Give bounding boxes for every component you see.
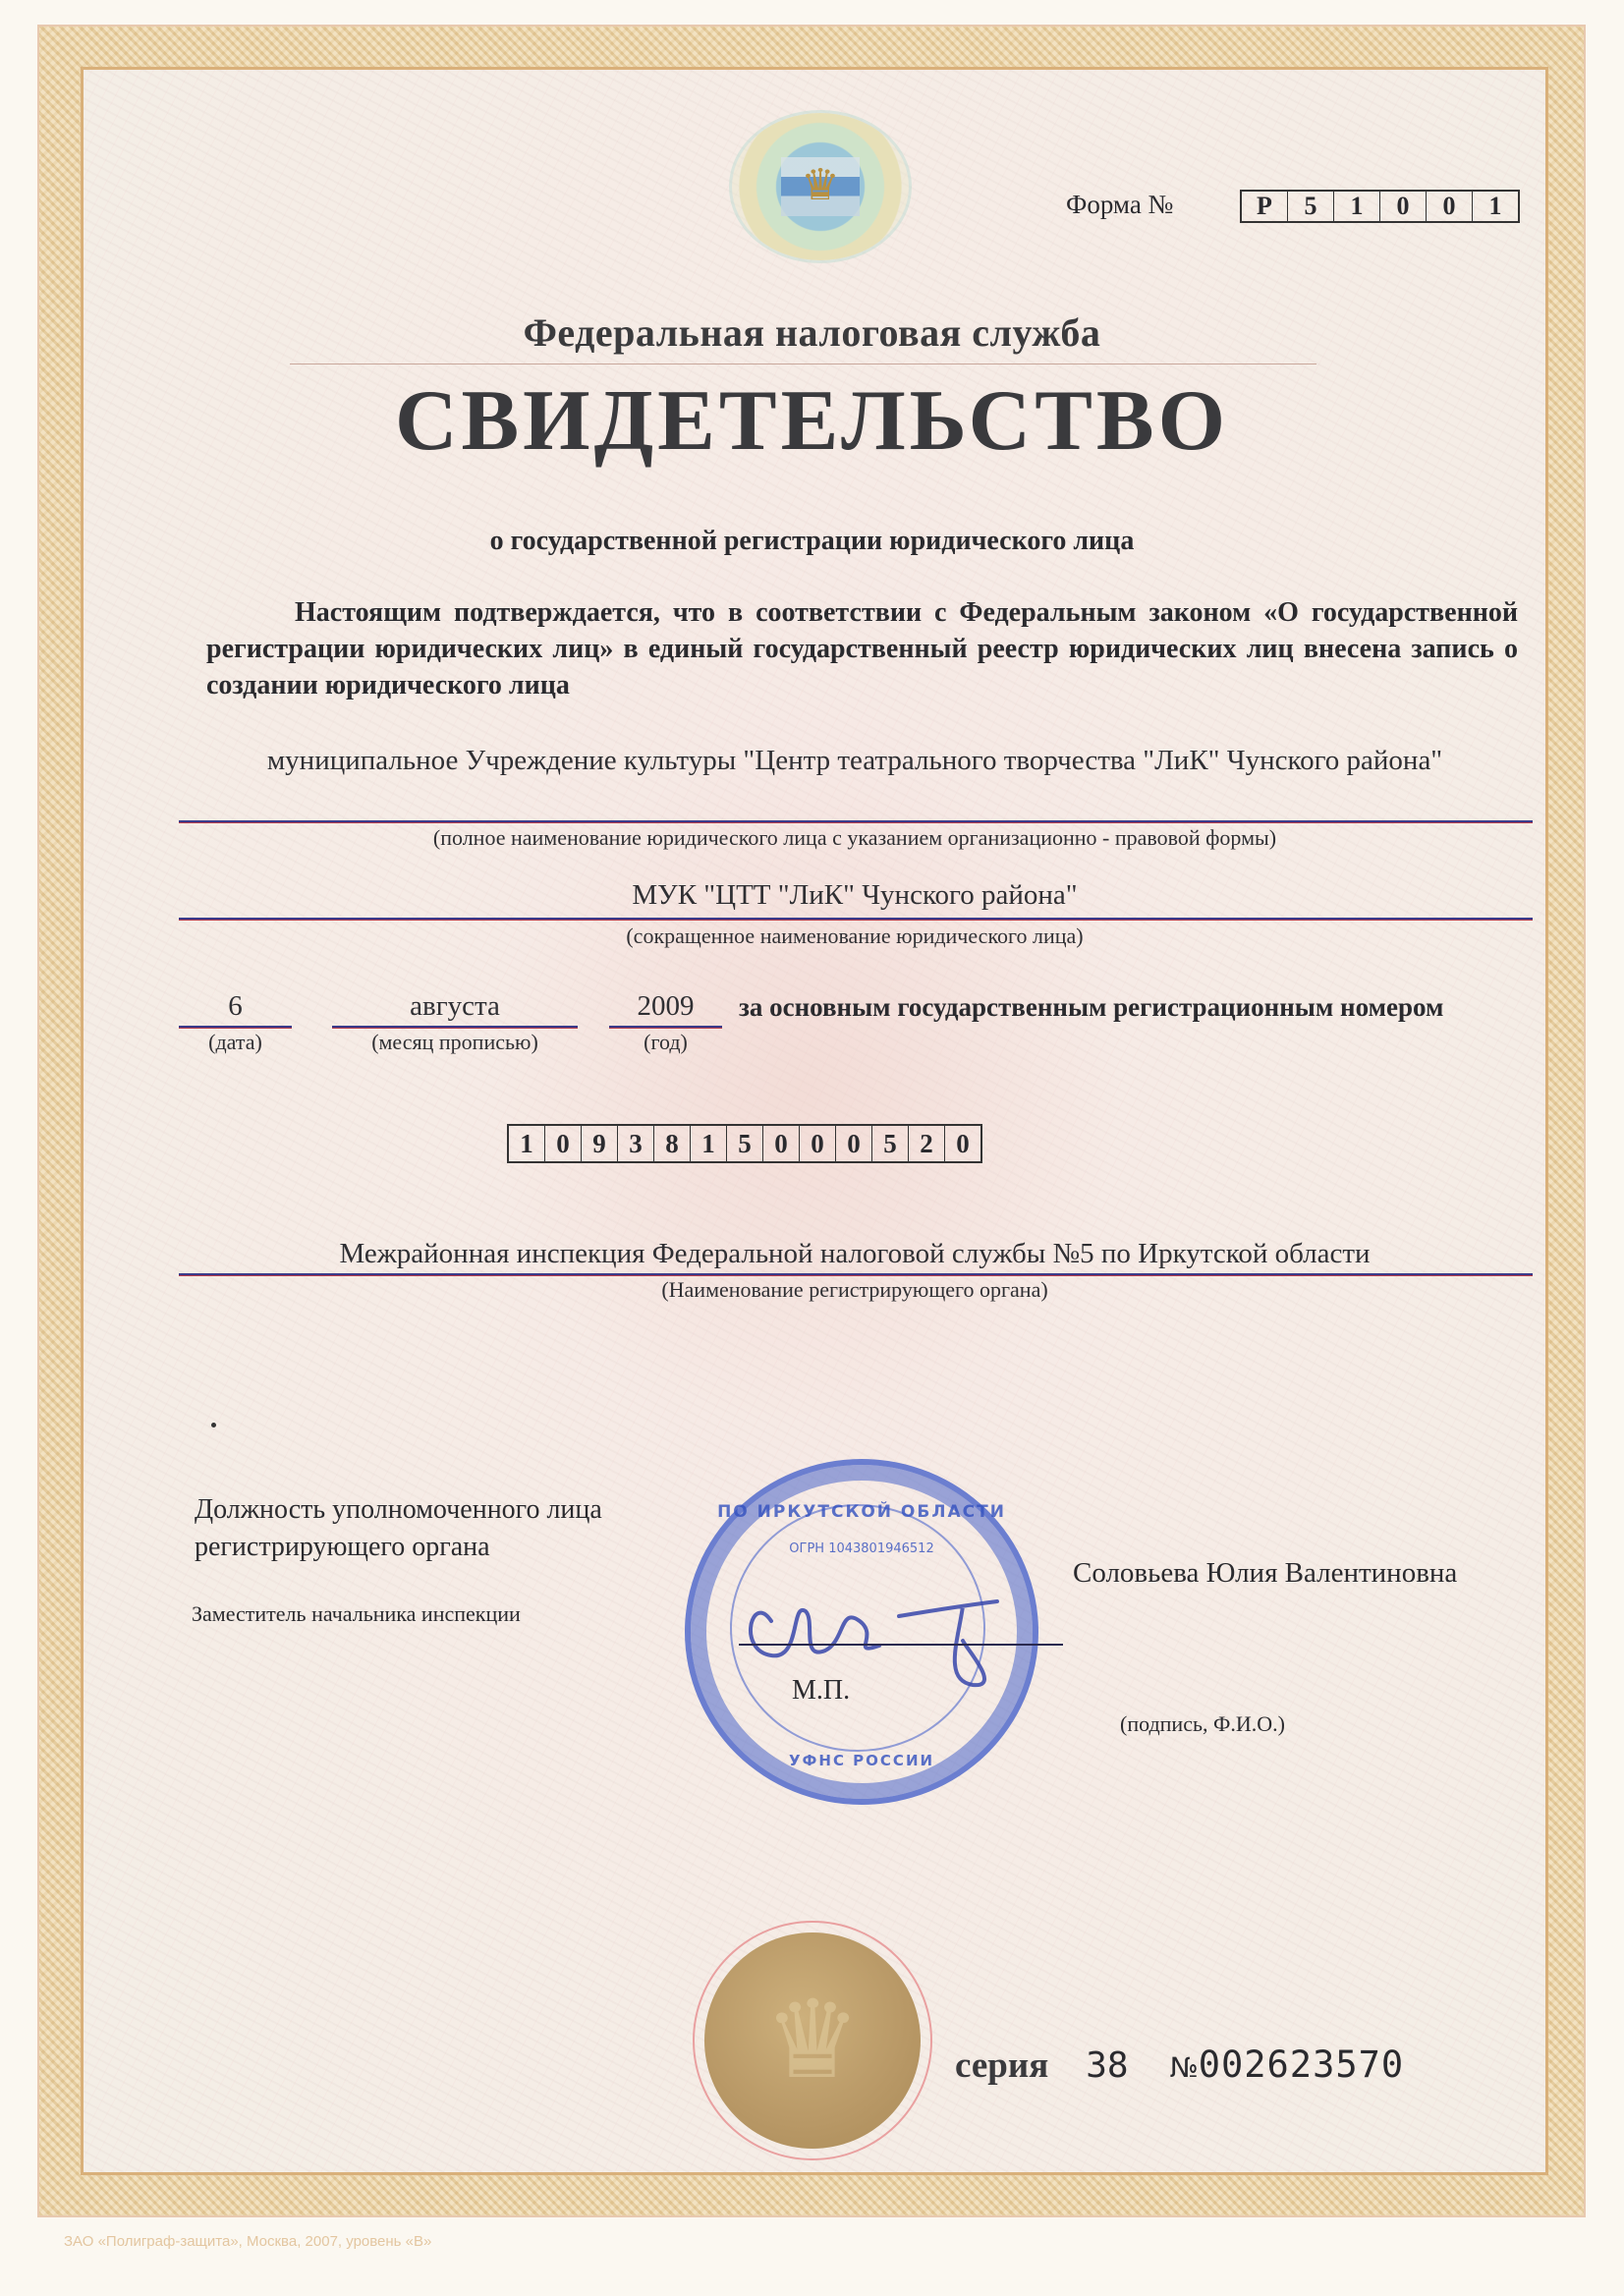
- blank-number: 002623570: [1199, 2044, 1404, 2086]
- stamp-ogrn-text: ОГРН 1043801946512: [691, 1541, 1033, 1556]
- stamp-top-text: ПО ИРКУТСКОЙ ОБЛАСТИ: [691, 1502, 1033, 1522]
- form-code-boxes: Р51001: [1240, 190, 1520, 223]
- series-code: 38: [1086, 2045, 1128, 2086]
- ogrn-label: за основным государственным регистрацион…: [739, 992, 1443, 1023]
- header-divider: [290, 364, 1316, 364]
- registration-month: августа: [332, 990, 578, 1023]
- embossed-eagle-icon: ♛: [704, 1932, 921, 2149]
- double-headed-eagle-icon: ♛: [797, 150, 844, 221]
- entity-short-name: МУК "ЦТТ "ЛиК" Чунского района": [177, 879, 1533, 912]
- ogrn-number-boxes: 1093815000520: [507, 1124, 982, 1163]
- month-underline: [332, 1026, 578, 1028]
- registering-authority: Межрайонная инспекция Федеральной налого…: [177, 1238, 1533, 1270]
- number-sign: №: [1170, 2051, 1199, 2084]
- ogrn-digit-7: 5: [727, 1126, 763, 1161]
- stamp-bottom-text: УФНС РОССИИ: [691, 1752, 1033, 1769]
- year-underline: [609, 1026, 722, 1028]
- certificate-sheet: ♛ Форма № Р51001 Федеральная налоговая с…: [0, 0, 1624, 2296]
- month-caption: (месяц прописью): [332, 1030, 578, 1055]
- ogrn-digit-13: 0: [945, 1126, 980, 1161]
- series-label: серия: [955, 2044, 1048, 2087]
- hologram-emblem: ♛: [732, 113, 909, 260]
- statement-paragraph: Настоящим подтверждается, что в соответс…: [206, 594, 1518, 703]
- agency-name: Федеральная налоговая служба: [0, 309, 1624, 356]
- position-label: Должность уполномоченного лица регистрир…: [195, 1491, 637, 1566]
- gold-embossed-seal: ♛: [693, 1921, 932, 2160]
- registration-year: 2009: [609, 990, 722, 1023]
- ogrn-digit-12: 2: [909, 1126, 945, 1161]
- day-underline: [179, 1026, 292, 1028]
- ogrn-digit-2: 0: [545, 1126, 582, 1161]
- ogrn-digit-4: 3: [618, 1126, 654, 1161]
- ogrn-digit-1: 1: [509, 1126, 545, 1161]
- form-number-label: Форма №: [1066, 190, 1173, 220]
- form-code-char-5: 0: [1427, 192, 1473, 221]
- seal-place-mark: М.П.: [792, 1675, 850, 1707]
- form-code-char-4: 0: [1380, 192, 1427, 221]
- full-name-underline: [179, 820, 1533, 822]
- ogrn-digit-11: 5: [872, 1126, 909, 1161]
- printer-imprint: ЗАО «Полиграф-защита», Москва, 2007, уро…: [64, 2233, 431, 2250]
- series-number: серия 38 № 002623570: [955, 2044, 1404, 2087]
- ogrn-digit-9: 0: [800, 1126, 836, 1161]
- ink-speck: [211, 1423, 216, 1428]
- day-caption: (дата): [179, 1030, 292, 1055]
- year-caption: (год): [609, 1030, 722, 1055]
- registration-day: 6: [179, 990, 292, 1023]
- ogrn-digit-6: 1: [691, 1126, 727, 1161]
- statement-text: Настоящим подтверждается, что в соответс…: [206, 597, 1518, 700]
- form-code-char-6: 1: [1473, 192, 1518, 221]
- full-name-caption: (полное наименование юридического лица с…: [177, 825, 1533, 851]
- form-code-char-2: 5: [1288, 192, 1334, 221]
- signatory-name: Соловьева Юлия Валентиновна: [1073, 1557, 1457, 1590]
- authority-underline: [179, 1273, 1533, 1275]
- signature-caption: (подпись, Ф.И.О.): [1120, 1711, 1285, 1737]
- seal-disc: ♛: [704, 1932, 921, 2149]
- ogrn-digit-8: 0: [763, 1126, 800, 1161]
- document-subtitle: о государственной регистрации юридическо…: [0, 526, 1624, 557]
- form-code-char-1: Р: [1242, 192, 1288, 221]
- form-code-char-3: 1: [1334, 192, 1380, 221]
- ogrn-digit-5: 8: [654, 1126, 691, 1161]
- short-name-caption: (сокращенное наименование юридического л…: [177, 924, 1533, 949]
- ogrn-digit-10: 0: [836, 1126, 872, 1161]
- handwritten-signature: [732, 1582, 1046, 1700]
- document-title: СВИДЕТЕЛЬСТВО: [0, 371, 1624, 471]
- signature-line: [739, 1644, 1063, 1646]
- entity-full-name: муниципальное Учреждение культуры "Центр…: [177, 742, 1533, 779]
- short-name-underline: [179, 918, 1533, 920]
- signatory-position: Заместитель начальника инспекции: [192, 1601, 521, 1627]
- ogrn-digit-3: 9: [582, 1126, 618, 1161]
- authority-caption: (Наименование регистрирующего органа): [177, 1277, 1533, 1303]
